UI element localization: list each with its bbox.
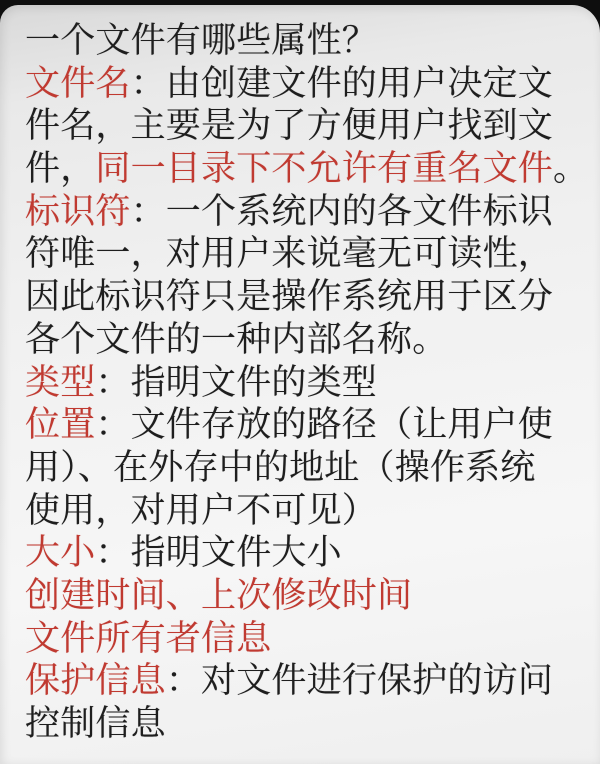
text-line: 使用，对用户不可见）: [25, 490, 592, 533]
text-line: 件名，主要是为了方便用户找到文: [25, 105, 592, 148]
text-line: 文件所有者信息: [25, 618, 592, 661]
text-segment: 因此标识符只是操作系统用于区分: [25, 277, 553, 316]
text-segment: ：一个系统内的各文件标识: [131, 192, 553, 231]
text-segment: 件名，主要是为了方便用户找到文: [25, 106, 553, 145]
text-segment: 件，: [25, 149, 95, 188]
text-line: 符唯一，对用户来说毫无可读性，: [25, 233, 592, 276]
text-line: 位置：文件存放的路径（让用户使: [25, 404, 592, 447]
text-segment: ：文件存放的路径（让用户使: [95, 405, 553, 444]
text-segment: 保护信息: [25, 661, 166, 700]
text-segment: 标识符: [25, 192, 131, 231]
text-segment: 同一目录下不允许有重名文件: [95, 149, 553, 188]
slide-text: 一个文件有哪些属性？文件名：由创建文件的用户决定文件名，主要是为了方便用户找到文…: [25, 20, 592, 746]
text-segment: 使用，对用户不可见）: [25, 491, 377, 530]
text-segment: 文件名: [25, 64, 131, 103]
text-segment: 各个文件的一种内部名称。: [25, 320, 447, 359]
text-line: 创建时间、上次修改时间: [25, 575, 592, 618]
text-line: 大小：指明文件大小: [25, 532, 592, 575]
slide: 一个文件有哪些属性？文件名：由创建文件的用户决定文件名，主要是为了方便用户找到文…: [0, 5, 600, 764]
text-line: 保护信息：对文件进行保护的访问: [25, 660, 592, 703]
text-line: 各个文件的一种内部名称。: [25, 319, 592, 362]
text-segment: 一个文件有哪些属性？: [25, 21, 377, 60]
text-segment: ：对文件进行保护的访问: [166, 661, 553, 700]
text-line: 控制信息: [25, 703, 592, 746]
text-line: 件，同一目录下不允许有重名文件。: [25, 148, 592, 191]
text-line: 文件名：由创建文件的用户决定文: [25, 63, 592, 106]
text-line: 类型：指明文件的类型: [25, 362, 592, 405]
text-segment: ：指明文件大小: [95, 533, 341, 572]
text-segment: 类型: [25, 363, 95, 402]
video-frame: 一个文件有哪些属性？文件名：由创建文件的用户决定文件名，主要是为了方便用户找到文…: [0, 0, 600, 764]
text-line: 标识符：一个系统内的各文件标识: [25, 191, 592, 234]
text-segment: 文件所有者信息: [25, 619, 271, 658]
text-segment: 大小: [25, 533, 95, 572]
text-segment: 控制信息: [25, 704, 166, 743]
text-segment: 位置: [25, 405, 95, 444]
text-segment: 用）、在外存中的地址（操作系统: [25, 448, 536, 487]
text-segment: 符唯一，对用户来说毫无可读性，: [25, 234, 553, 273]
page-title: 一个文件有哪些属性？: [25, 20, 592, 63]
text-line: 因此标识符只是操作系统用于区分: [25, 276, 592, 319]
text-segment: 创建时间、上次修改时间: [25, 576, 412, 615]
text-segment: ：由创建文件的用户决定文: [131, 64, 553, 103]
text-segment: 。: [553, 149, 588, 188]
text-segment: ：指明文件的类型: [95, 363, 377, 402]
text-line: 用）、在外存中的地址（操作系统: [25, 447, 592, 490]
